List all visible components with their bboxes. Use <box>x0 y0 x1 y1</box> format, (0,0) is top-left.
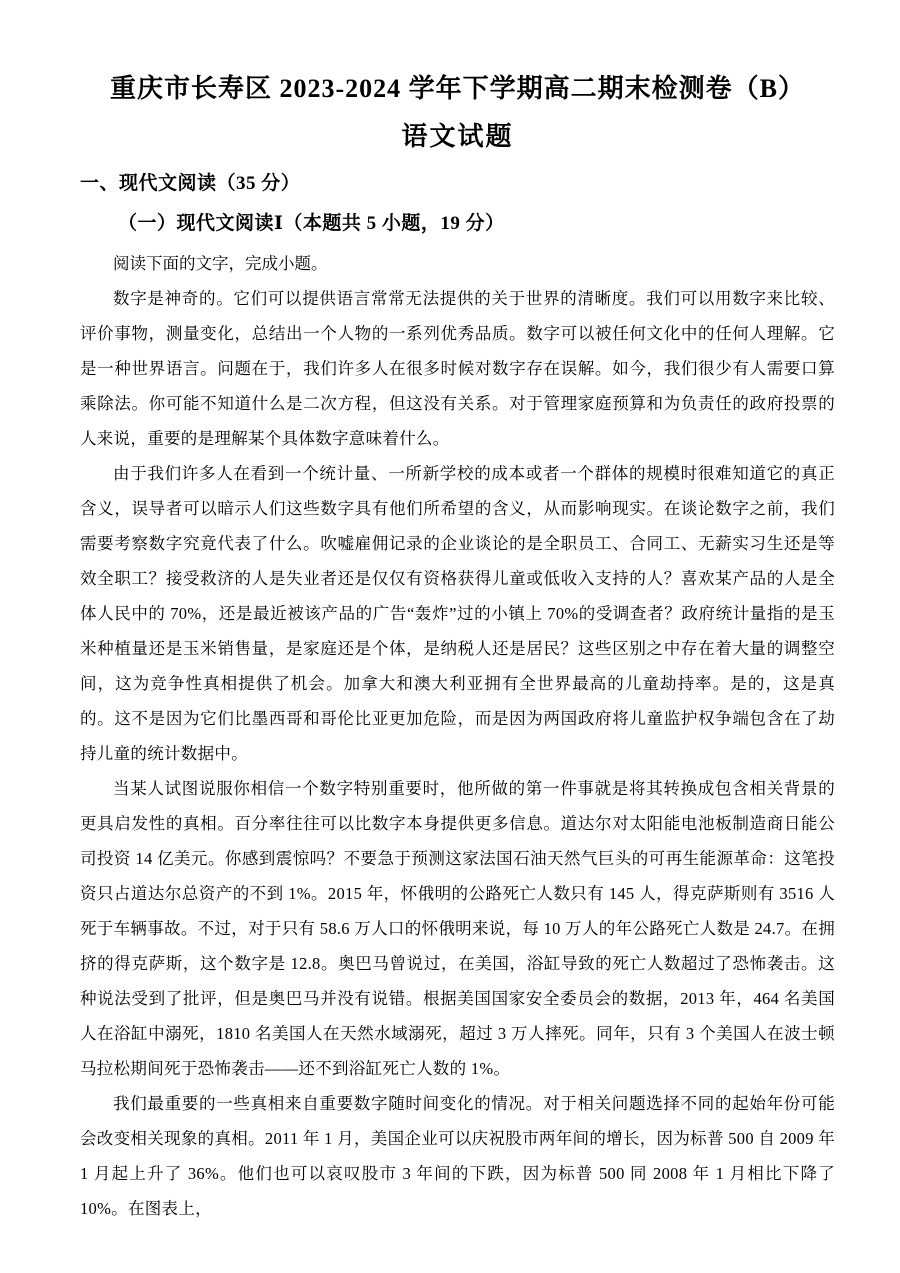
reading-passage: 数字是神奇的。它们可以提供语言常常无法提供的关于世界的清晰度。我们可以用数字来比… <box>80 281 835 1226</box>
reading-instruction: 阅读下面的文字，完成小题。 <box>80 246 835 281</box>
passage-paragraph: 由于我们许多人在看到一个统计量、一所新学校的成本或者一个群体的规模时很难知道它的… <box>80 456 835 771</box>
exam-paper-page: 重庆市长寿区 2023-2024 学年下学期高二期末检测卷（B） 语文试题 一、… <box>0 0 900 1273</box>
passage-paragraph: 我们最重要的一些真相来自重要数字随时间变化的情况。对于相关问题选择不同的起始年份… <box>80 1086 835 1226</box>
document-subtitle: 语文试题 <box>80 120 835 154</box>
passage-paragraph: 数字是神奇的。它们可以提供语言常常无法提供的关于世界的清晰度。我们可以用数字来比… <box>80 281 835 456</box>
section-heading: 一、现代文阅读（35 分） <box>80 170 835 198</box>
document-title: 重庆市长寿区 2023-2024 学年下学期高二期末检测卷（B） <box>80 0 835 106</box>
passage-paragraph: 当某人试图说服你相信一个数字特别重要时，他所做的第一件事就是将其转换成包含相关背… <box>80 771 835 1086</box>
subsection-heading: （一）现代文阅读Ⅰ（本题共 5 小题，19 分） <box>80 210 835 238</box>
